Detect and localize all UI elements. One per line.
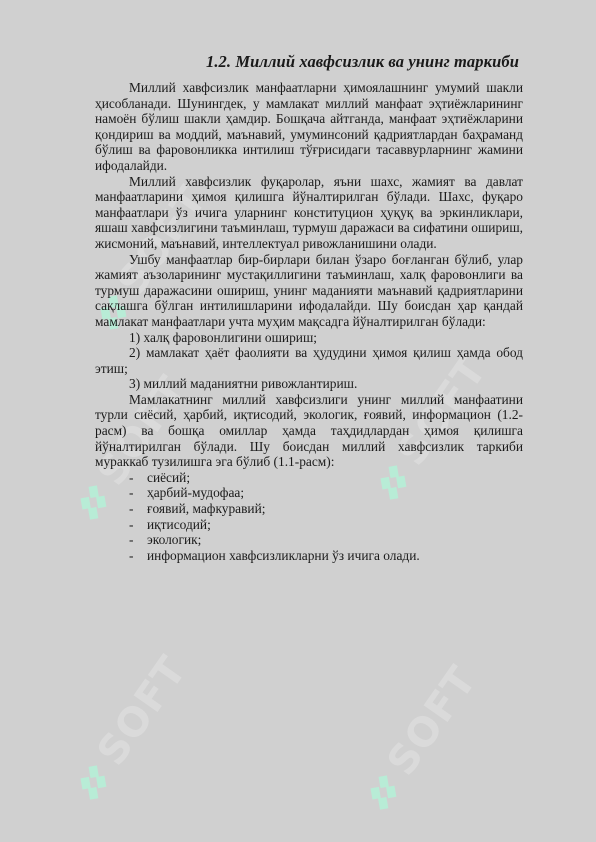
list-item: -информацион хавфсизликларни ўз ичига ол…: [95, 548, 523, 564]
numbered-item: 1) халқ фаровонлигини ошириш;: [95, 330, 523, 346]
soft-logo-icon: [62, 753, 120, 811]
list-item-text: иқтисодий;: [147, 517, 211, 532]
dash-bullet: -: [129, 548, 133, 564]
watermark: SOFT: [345, 670, 480, 827]
paragraph: Ушбу манфаатлар бир-бирлари билан ўзаро …: [95, 252, 523, 330]
dash-bullet: -: [129, 517, 133, 533]
soft-logo-icon: [352, 763, 410, 821]
dash-bullet: -: [129, 470, 133, 486]
paragraph: Миллий хавфсизлик манфаатларни ҳимоялашн…: [95, 80, 523, 174]
numbered-item: 2) мамлакат ҳаёт фаолияти ва ҳудудини ҳи…: [95, 345, 523, 376]
watermark-text: SOFT: [90, 649, 196, 774]
section-title: 1.2. Миллий хавфсизлик ва унинг таркиби: [95, 52, 523, 72]
dash-bullet: -: [129, 532, 133, 548]
list-item-text: сиёсий;: [147, 470, 190, 485]
list-item: -экологик;: [95, 532, 523, 548]
numbered-item: 3) миллий маданиятни ривожлантириш.: [95, 376, 523, 392]
document-page: 1.2. Миллий хавфсизлик ва унинг таркиби …: [95, 52, 523, 563]
list-item: -ғоявий, мафкуравий;: [95, 501, 523, 517]
list-item-text: информацион хавфсизликларни ўз ичига ола…: [147, 548, 420, 563]
paragraph: Мамлакатнинг миллий хавфсизлиги унинг ми…: [95, 392, 523, 470]
watermark-text: SOFT: [380, 659, 486, 784]
list-item: -ҳарбий-мудофаа;: [95, 485, 523, 501]
list-item: -иқтисодий;: [95, 517, 523, 533]
paragraph: Миллий хавфсизлик фуқаролар, яъни шахс, …: [95, 174, 523, 252]
list-item: -сиёсий;: [95, 470, 523, 486]
dash-bullet: -: [129, 485, 133, 501]
list-item-text: ҳарбий-мудофаа;: [147, 485, 244, 500]
list-item-text: экологик;: [147, 532, 201, 547]
list-item-text: ғоявий, мафкуравий;: [147, 501, 265, 516]
dash-bullet: -: [129, 501, 133, 517]
dash-list: -сиёсий; -ҳарбий-мудофаа; -ғоявий, мафку…: [95, 470, 523, 564]
watermark: SOFT: [55, 660, 190, 817]
